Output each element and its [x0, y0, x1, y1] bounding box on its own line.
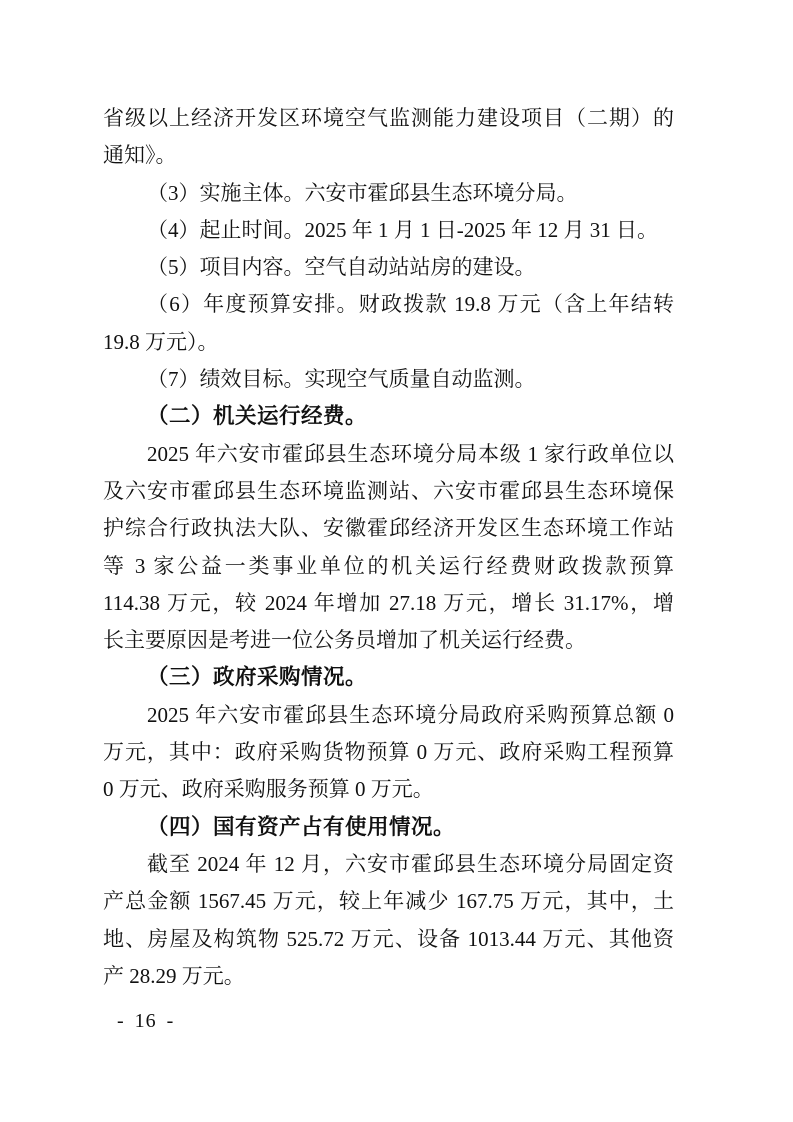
- section-heading: （四）国有资产占有使用情况。: [103, 809, 674, 846]
- text-line: 2025 年六安市霍邱县生态环境分局本级 1 家行政单位以: [103, 436, 674, 473]
- text-line: 等 3 家公益一类事业单位的机关运行经费财政拨款预算: [103, 548, 674, 585]
- text-line: 通知》。: [103, 137, 674, 174]
- section-heading: （二）机关运行经费。: [103, 398, 674, 435]
- text-line: 护综合行政执法大队、安徽霍邱经济开发区生态环境工作站: [103, 510, 674, 547]
- text-line: 省级以上经济开发区环境空气监测能力建设项目（二期）的: [103, 100, 674, 137]
- page-number: - 16 -: [117, 1008, 174, 1034]
- text-line: 及六安市霍邱县生态环境监测站、六安市霍邱县生态环境保: [103, 473, 674, 510]
- text-line: （6）年度预算安排。财政拨款 19.8 万元（含上年结转: [103, 286, 674, 323]
- text-line: 0 万元、政府采购服务预算 0 万元。: [103, 771, 674, 808]
- text-line: 长主要原因是考进一位公务员增加了机关运行经费。: [103, 622, 674, 659]
- text-line: （7）绩效目标。实现空气质量自动监测。: [103, 361, 674, 398]
- text-line: 114.38 万元，较 2024 年增加 27.18 万元，增长 31.17%，…: [103, 585, 674, 622]
- text-line: （5）项目内容。空气自动站站房的建设。: [103, 249, 674, 286]
- text-line: 万元，其中：政府采购货物预算 0 万元、政府采购工程预算: [103, 734, 674, 771]
- text-line: 地、房屋及构筑物 525.72 万元、设备 1013.44 万元、其他资: [103, 921, 674, 958]
- text-line: 产总金额 1567.45 万元，较上年减少 167.75 万元，其中，土: [103, 883, 674, 920]
- document-page: 省级以上经济开发区环境空气监测能力建设项目（二期）的通知》。（3）实施主体。六安…: [0, 0, 793, 1122]
- text-line: 19.8 万元）。: [103, 324, 674, 361]
- section-heading: （三）政府采购情况。: [103, 659, 674, 696]
- text-line: 截至 2024 年 12 月，六安市霍邱县生态环境分局固定资: [103, 846, 674, 883]
- page-body-text: 省级以上经济开发区环境空气监测能力建设项目（二期）的通知》。（3）实施主体。六安…: [103, 100, 674, 995]
- text-line: 2025 年六安市霍邱县生态环境分局政府采购预算总额 0: [103, 697, 674, 734]
- text-line: （3）实施主体。六安市霍邱县生态环境分局。: [103, 175, 674, 212]
- text-line: 产 28.29 万元。: [103, 958, 674, 995]
- text-line: （4）起止时间。2025 年 1 月 1 日-2025 年 12 月 31 日。: [103, 212, 674, 249]
